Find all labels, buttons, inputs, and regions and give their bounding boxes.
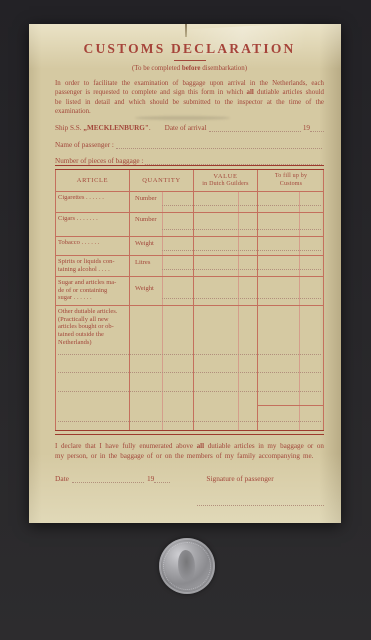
- form-subtitle: (To be completed before disembarkation): [55, 65, 324, 72]
- intro-bold-word: all: [247, 89, 254, 96]
- customs-divider-line: [257, 405, 323, 406]
- subtitle-text-end: disembarkation): [200, 65, 247, 72]
- photo-background: CUSTOMS DECLARATION (To be completed bef…: [0, 0, 371, 640]
- signature-label: Signature of passenger: [206, 474, 273, 483]
- article-label: Other dutiable articles. (Practically al…: [56, 306, 129, 430]
- baggage-count-line: Number of pieces of baggage :: [55, 157, 324, 165]
- unit-label: Number: [135, 195, 157, 202]
- table-bottom-rule: [55, 430, 324, 435]
- declaration-text: I declare that I have fully enumerated a…: [55, 442, 197, 450]
- date-of-arrival-label: Date of arrival: [165, 124, 207, 132]
- article-label: Sugar and articles ma- de of or containi…: [56, 277, 129, 305]
- table-row-other-dutiable: Other dutiable articles. (Practically al…: [56, 306, 323, 430]
- article-label: Cigarettes . . . . . .: [56, 192, 129, 212]
- table-header-row: ARTICLE QUANTITY VALUE in Dutch Guilders…: [56, 170, 323, 192]
- unit-label: Number: [135, 216, 157, 223]
- declaration-bold-word: all: [197, 442, 205, 450]
- entry-line: [162, 229, 321, 230]
- header-quantity: QUANTITY: [129, 170, 193, 191]
- subtitle-bold-word: before: [182, 65, 201, 72]
- article-label: Spirits or liquids con- taining alcohol …: [56, 256, 129, 276]
- year-blank: [310, 125, 324, 132]
- year-prefix: 19: [303, 124, 310, 132]
- baggage-count-label: Number of pieces of baggage :: [55, 157, 143, 165]
- date-blank: [72, 476, 144, 483]
- pencil-smudge: [135, 116, 230, 120]
- passenger-name-label: Name of passenger :: [55, 141, 114, 149]
- table-row-tobacco: Tobacco . . . . . . Weight: [56, 237, 323, 256]
- unit-label: Litres: [135, 259, 150, 266]
- article-label: Tobacco . . . . . .: [56, 237, 129, 255]
- writing-line: [58, 372, 321, 373]
- ship-line: Ship S.S. „MECKLENBURG" . Date of arriva…: [55, 124, 324, 132]
- header-value-line1: VALUE: [213, 173, 237, 181]
- writing-line: [58, 421, 321, 422]
- signature-blank: [197, 505, 324, 506]
- silver-coin: [159, 538, 215, 594]
- header-customs-line2: Customs: [280, 181, 302, 189]
- table-row-cigars: Cigars . . . . . . . Number: [56, 213, 323, 237]
- header-value-line2: in Dutch Guilders: [202, 181, 248, 189]
- header-value: VALUE in Dutch Guilders: [193, 170, 257, 191]
- date-label: Date: [55, 474, 69, 483]
- form-title: CUSTOMS DECLARATION: [55, 41, 324, 57]
- paper-tear: [185, 24, 187, 37]
- ship-after: .: [149, 124, 151, 132]
- title-underline: [174, 60, 206, 61]
- writing-line: [58, 354, 321, 355]
- ship-label: Ship S.S.: [55, 124, 82, 132]
- writing-line: [58, 391, 321, 392]
- declaration-table: ARTICLE QUANTITY VALUE in Dutch Guilders…: [55, 165, 324, 435]
- table-row-spirits: Spirits or liquids con- taining alcohol …: [56, 256, 323, 277]
- passenger-name-blank: [116, 142, 322, 149]
- date-signature-line: Date 19 Signature of passenger: [55, 474, 324, 483]
- table-grid: ARTICLE QUANTITY VALUE in Dutch Guilders…: [55, 170, 324, 430]
- passenger-name-line: Name of passenger :: [55, 141, 324, 149]
- header-article: ARTICLE: [56, 170, 129, 191]
- table-row-cigarettes: Cigarettes . . . . . . Number: [56, 192, 323, 213]
- table-row-sugar: Sugar and articles ma- de of or containi…: [56, 277, 323, 306]
- entry-line: [162, 205, 321, 206]
- entry-line: [162, 298, 321, 299]
- unit-label: Weight: [135, 240, 154, 247]
- date-of-arrival-blank: [209, 125, 301, 132]
- unit-label: Weight: [135, 285, 154, 292]
- subtitle-text: (To be completed: [132, 65, 182, 72]
- baggage-count-blank: [145, 158, 322, 165]
- entry-line: [162, 269, 321, 270]
- declaration-paragraph: I declare that I have fully enumerated a…: [55, 442, 324, 461]
- article-label: Cigars . . . . . . .: [56, 213, 129, 236]
- header-customs-line1: To fill up by: [275, 173, 307, 181]
- date-year-blank: [154, 476, 170, 483]
- intro-paragraph: In order to facilitate the examination o…: [55, 79, 324, 117]
- ship-name: „MECKLENBURG": [83, 124, 149, 132]
- header-customs: To fill up by Customs: [257, 170, 324, 191]
- entry-line: [162, 250, 321, 251]
- date-year-prefix: 19: [147, 474, 154, 483]
- customs-form-paper: CUSTOMS DECLARATION (To be completed bef…: [29, 24, 341, 523]
